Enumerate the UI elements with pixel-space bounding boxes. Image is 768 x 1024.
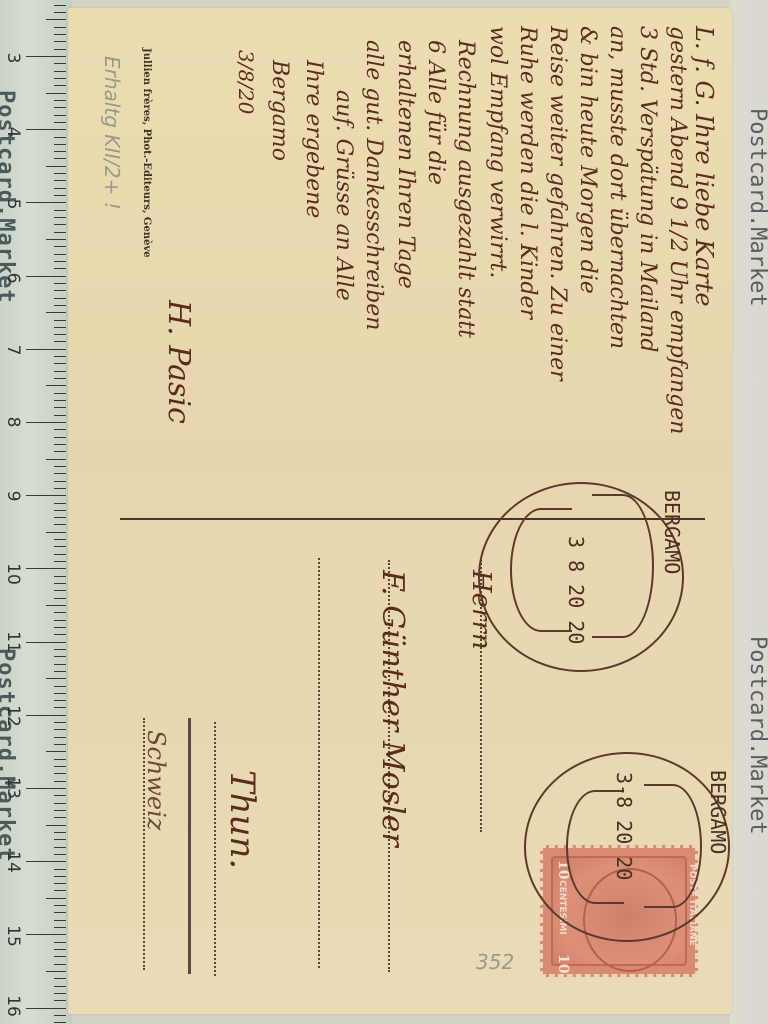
ruler-tick [54, 503, 66, 504]
publisher-imprint: Jullien frères, Phot.-Editeurs, Genève [141, 48, 152, 258]
message-line: & bin heute Morgen die [575, 26, 600, 294]
ruler-tick [26, 788, 66, 789]
ruler-tick [54, 393, 66, 394]
ruler-tick [54, 246, 66, 247]
ruler-tick [46, 532, 66, 533]
ruler-tick [54, 1022, 66, 1023]
ruler-tick [54, 151, 66, 152]
ruler-tick [46, 385, 66, 386]
ruler-tick [54, 261, 66, 262]
ruler-number: 4 [3, 121, 23, 143]
ruler-tick [54, 415, 66, 416]
ruler-tick [54, 466, 66, 467]
ruler-tick [54, 210, 66, 211]
measuring-ruler: Postcard.Market Postcard.Market 3 4 5 6 … [0, 0, 72, 1024]
ruler-tick [54, 729, 66, 730]
address-dotted-line [318, 558, 320, 968]
ruler-tick [54, 517, 66, 518]
ruler-tick [54, 107, 66, 108]
ruler-tick [54, 115, 66, 116]
message-line: alle gut. Dankesschreiben [361, 40, 386, 330]
ruler-tick [54, 546, 66, 547]
ruler-tick [54, 890, 66, 891]
ruler-number: 7 [3, 339, 23, 361]
ruler-tick [54, 810, 66, 811]
ruler-tick [54, 671, 66, 672]
ruler-tick [26, 202, 66, 203]
ruler-tick [46, 19, 66, 20]
ruler-tick [54, 1015, 66, 1016]
ruler-tick [54, 832, 66, 833]
message-line: gestern Abend 9 1/2 Uhr empfangen [665, 26, 690, 434]
ruler-number: 13 [3, 777, 23, 799]
message-line: Ruhe werden die l. Kinder [515, 26, 540, 319]
ruler-tick [54, 883, 66, 884]
postmark-inner-arc [592, 494, 654, 638]
ruler-tick [54, 744, 66, 745]
postmark-1-date: 3 8 20 20 [564, 536, 588, 644]
ruler-tick [26, 861, 66, 862]
ruler-tick [54, 268, 66, 269]
ruler-tick [54, 664, 66, 665]
ruler-tick [54, 964, 66, 965]
ruler-number: 8 [3, 411, 23, 433]
ruler-tick [54, 305, 66, 306]
ruler-tick [54, 481, 66, 482]
ruler-tick [54, 283, 66, 284]
message-line: erhaltenen Ihren Tage [393, 40, 418, 289]
ruler-tick [54, 27, 66, 28]
ruler-tick [54, 217, 66, 218]
ruler-number: 9 [3, 485, 23, 507]
ruler-tick [54, 583, 66, 584]
ruler-tick [54, 612, 66, 613]
ruler-tick [54, 766, 66, 767]
message-line: L. f. G. Ihre liebe Karte [690, 26, 718, 307]
ruler-tick [54, 539, 66, 540]
ruler-tick [54, 34, 66, 35]
ruler-tick [54, 180, 66, 181]
ruler-tick [26, 568, 66, 569]
ruler-tick [54, 341, 66, 342]
ruler-tick [54, 737, 66, 738]
ruler-tick [54, 63, 66, 64]
ruler-tick [54, 5, 66, 6]
ruler-tick [54, 378, 66, 379]
ruler-tick [54, 407, 66, 408]
ruler-tick [54, 195, 66, 196]
background [70, 1014, 730, 1024]
date-written: 3/8/20 [234, 50, 258, 114]
ruler-watermark: Postcard.Market [0, 648, 18, 862]
message-line: 6 Alle für die [423, 40, 448, 185]
ruler-tick [54, 488, 66, 489]
ruler-tick [54, 71, 66, 72]
ruler-tick [54, 85, 66, 86]
ruler-tick [54, 598, 66, 599]
ruler-tick [54, 634, 66, 635]
ruler-tick [54, 927, 66, 928]
ruler-tick [54, 320, 66, 321]
ruler-tick [54, 795, 66, 796]
ruler-tick [26, 715, 66, 716]
ruler-tick [54, 12, 66, 13]
ruler-tick [54, 627, 66, 628]
ruler-tick [54, 327, 66, 328]
ruler-number: 6 [3, 267, 23, 289]
ruler-number: 10 [3, 563, 23, 585]
ruler-tick [26, 1008, 66, 1009]
ruler-tick [26, 422, 66, 423]
ruler-tick [26, 349, 66, 350]
address-solid-line [188, 718, 191, 974]
ruler-number: 11 [3, 631, 23, 653]
ruler-tick [26, 495, 66, 496]
ruler-tick [54, 49, 66, 50]
ruler-tick [54, 942, 66, 943]
ruler-tick [54, 232, 66, 233]
pencil-number: 352 [476, 950, 514, 974]
message-line: an, musste dort übernachten [605, 26, 630, 349]
ruler-tick [54, 912, 66, 913]
ruler-tick [54, 649, 66, 650]
ruler-number: 5 [3, 193, 23, 215]
ruler-tick [54, 510, 66, 511]
ruler-tick [54, 956, 66, 957]
signature: H. Pasic [161, 300, 196, 424]
ruler-tick [54, 978, 66, 979]
ruler-tick [54, 620, 66, 621]
side-watermark: Postcard.Market [745, 108, 768, 307]
ruler-tick [54, 686, 66, 687]
ruler-tick [54, 700, 66, 701]
ruler-tick [54, 78, 66, 79]
ruler-tick [54, 656, 66, 657]
ruler-tick [54, 122, 66, 123]
ruler-tick [54, 576, 66, 577]
address-line-2: F. Günther Mosler [375, 570, 410, 847]
ruler-tick [54, 803, 66, 804]
stamp-value: 10 [555, 954, 571, 973]
address-line-4: Schweiz [142, 730, 170, 830]
ruler-tick [54, 298, 66, 299]
postmark-inner-arc [644, 784, 702, 908]
ruler-tick [54, 781, 66, 782]
ruler-tick [46, 166, 66, 167]
message-line: Ihre ergebene [301, 60, 326, 218]
ruler-tick [54, 429, 66, 430]
ruler-tick [54, 1000, 66, 1001]
ruler-tick [54, 400, 66, 401]
ruler-tick [54, 334, 66, 335]
message-line: Rechnung ausgezahlt statt [453, 40, 478, 338]
ruler-tick [54, 444, 66, 445]
ruler-tick [54, 437, 66, 438]
ruler-number: 3 [3, 47, 23, 69]
ruler-tick [54, 100, 66, 101]
ruler-number: 14 [3, 851, 23, 873]
ruler-tick [26, 934, 66, 935]
ruler-tick [54, 722, 66, 723]
address-dotted-line [214, 722, 216, 976]
ruler-tick [54, 254, 66, 255]
ruler-tick [54, 473, 66, 474]
ruler-tick [54, 773, 66, 774]
ruler-tick [46, 678, 66, 679]
ruler-tick [54, 524, 66, 525]
ruler-tick [46, 825, 66, 826]
ruler-tick [54, 759, 66, 760]
postmark-2-town: BERGAMO [706, 770, 730, 854]
ruler-tick [46, 239, 66, 240]
ruler-tick [54, 554, 66, 555]
ruler-tick [54, 371, 66, 372]
ruler-tick [54, 986, 66, 987]
ruler-tick [54, 158, 66, 159]
message-line: Reise weiter gefahren. Zu einer [545, 26, 570, 381]
ruler-tick [54, 707, 66, 708]
ruler-tick [54, 137, 66, 138]
ruler-tick [26, 276, 66, 277]
ruler-tick [54, 290, 66, 291]
message-line: Bergamo [267, 60, 292, 161]
ruler-tick [54, 224, 66, 225]
ruler-tick [54, 817, 66, 818]
ruler-tick [46, 605, 66, 606]
ruler-tick [54, 993, 66, 994]
ruler-tick [54, 188, 66, 189]
ruler-tick [54, 854, 66, 855]
ruler-tick [54, 693, 66, 694]
ruler-tick [46, 898, 66, 899]
message-line: 3 Std. Verspätung in Mailand [635, 26, 660, 352]
ruler-tick [54, 949, 66, 950]
ruler-tick [46, 459, 66, 460]
ruler-tick [26, 56, 66, 57]
ruler-tick [54, 561, 66, 562]
ruler-number: 16 [3, 995, 23, 1017]
ruler-tick [54, 920, 66, 921]
message-line: auf. Grüsse an Alle [331, 90, 356, 301]
ruler-number: 15 [3, 925, 23, 947]
pencil-note: Erhaltg KII/2+ ! [100, 56, 124, 210]
address-line-3: Thun. [222, 770, 262, 869]
ruler-tick [54, 590, 66, 591]
ruler-tick [54, 173, 66, 174]
ruler-tick [54, 363, 66, 364]
ruler-tick [54, 144, 66, 145]
ruler-tick [26, 129, 66, 130]
ruler-tick [54, 356, 66, 357]
ruler-tick [46, 312, 66, 313]
ruler-tick [54, 905, 66, 906]
ruler-tick [54, 41, 66, 42]
side-watermark: Postcard.Market [745, 636, 768, 835]
ruler-tick [26, 642, 66, 643]
postmark-1-town: BERGAMO [660, 490, 684, 574]
postmark-2-date: 3-8 20 20 [612, 772, 636, 880]
postmark-inner-arc [510, 508, 572, 632]
ruler-tick [54, 869, 66, 870]
ruler-tick [46, 751, 66, 752]
ruler-number: 12 [3, 705, 23, 727]
ruler-tick [54, 839, 66, 840]
ruler-tick [54, 847, 66, 848]
ruler-tick [54, 876, 66, 877]
ruler-tick [54, 451, 66, 452]
message-line: wol Empfang verwirrt. [485, 26, 510, 278]
ruler-tick [46, 971, 66, 972]
ruler-tick [46, 93, 66, 94]
